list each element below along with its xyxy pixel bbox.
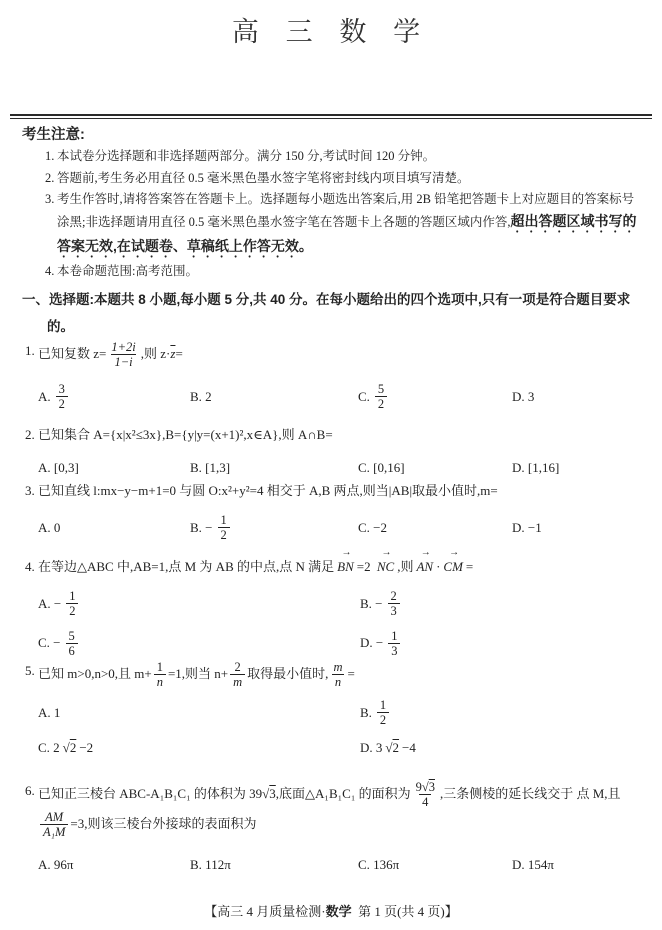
question-1: 1.已知复数 z=1+2i1−i,则 z·z= A.32 B. 2 C.52 D… bbox=[22, 340, 644, 412]
notice-item-number: 4. bbox=[45, 261, 54, 283]
notice-item-2: 2.答题前,考生务必用直径 0.5 毫米黑色墨水签字笔将密封线内项目填写清楚。 bbox=[22, 168, 642, 190]
question-3-stem: 3.已知直线 l:mx−y−m+1=0 与圆 O:x²+y²=4 相交于 A,B… bbox=[22, 480, 644, 503]
option-a: A. 0 bbox=[38, 516, 190, 540]
option-b: B.12 bbox=[360, 698, 644, 728]
fraction: 23 bbox=[388, 589, 400, 619]
stem-text: 取得最小值时, bbox=[247, 666, 328, 681]
notice-item-3: 3.考生作答时,请将答案答在答题卡上。选择题每小题选出答案后,用 2B 铅笔把答… bbox=[22, 189, 642, 261]
radical-icon: √ bbox=[385, 740, 392, 755]
footer-text: 【高三 4 月质量检测· bbox=[204, 904, 325, 919]
question-number: 4. bbox=[25, 556, 35, 579]
notice-item-number: 3. bbox=[45, 189, 54, 211]
option-b: B. 112π bbox=[190, 853, 358, 877]
question-2-stem: 2.已知集合 A={x|x²≤3x},B={y|y=(x+1)²,x∈A},则 … bbox=[22, 424, 644, 447]
stem-text: 已知复数 z= bbox=[38, 346, 106, 361]
question-5: 5.已知 m>0,n>0,且 m+1n=1,则当 n+2m取得最小值时,mn= … bbox=[22, 660, 644, 760]
question-number: 2. bbox=[25, 424, 35, 447]
option-a: A.32 bbox=[38, 382, 190, 412]
square-root: √2 bbox=[63, 740, 77, 756]
question-number: 3. bbox=[25, 480, 35, 503]
notice-item-number: 1. bbox=[45, 146, 54, 168]
notice-heading: 考生注意: bbox=[22, 124, 642, 146]
notice-item-1: 1.本试卷分选择题和非选择题两部分。满分 150 分,考试时间 120 分钟。 bbox=[22, 146, 642, 168]
header-divider bbox=[10, 114, 652, 119]
question-6: 6.已知正三棱台 ABC-A₁B₁C₁ 的体积为 39√3,底面△A₁B₁C₁ … bbox=[22, 780, 644, 878]
question-2-options: A. [0,3] B. [1,3] C. [0,16] D. [1,16] bbox=[38, 455, 644, 481]
numerator: 1+2i bbox=[108, 340, 138, 354]
stem-text: 在等边△ABC 中,AB=1,点 M 为 AB 的中点,点 N 满足 bbox=[38, 559, 334, 574]
vector-arrow-icon: → bbox=[416, 548, 435, 558]
vector-NC: →NC bbox=[377, 556, 394, 579]
notice-item-text: 答题前,考生务必用直径 0.5 毫米黑色墨水签字笔将密封线内项目填写清楚。 bbox=[57, 171, 470, 185]
stem-text: =3,则该三棱台外接球的表面积为 bbox=[70, 816, 256, 831]
stem-text: ,底面△A₁B₁C₁ 的面积为 bbox=[276, 786, 411, 801]
fraction: 12 bbox=[377, 698, 389, 728]
fraction: 13 bbox=[388, 629, 400, 659]
option-c: C. [0,16] bbox=[358, 456, 512, 480]
stem-text: ,则 z· bbox=[141, 346, 171, 361]
option-a: A. −12 bbox=[38, 589, 360, 619]
square-root: √3 bbox=[262, 786, 276, 801]
vector-AN: →AN bbox=[416, 556, 433, 579]
option-d: D. 3√2−4 bbox=[360, 736, 644, 760]
fraction: 12 bbox=[66, 589, 78, 619]
stem-text: 已知 m>0,n>0,且 m+ bbox=[38, 666, 152, 681]
stem-text: 已知集合 A={x|x²≤3x},B={y|y=(x+1)²,x∈A},则 A∩… bbox=[38, 427, 333, 442]
fraction: 52 bbox=[375, 382, 387, 412]
fraction: 2m bbox=[230, 660, 245, 690]
option-d: D. −1 bbox=[512, 516, 644, 540]
vector-arrow-icon: → bbox=[377, 548, 396, 558]
option-b: B. −12 bbox=[190, 513, 358, 543]
option-a: A. 1 bbox=[38, 701, 360, 725]
stem-text: = bbox=[466, 559, 473, 574]
stem-text: =2 bbox=[357, 559, 374, 574]
option-d: D. 154π bbox=[512, 853, 644, 877]
question-3-options: A. 0 B. −12 C. −2 D. −1 bbox=[38, 513, 644, 543]
option-d: D. [1,16] bbox=[512, 456, 644, 480]
fraction: 32 bbox=[56, 382, 68, 412]
fraction: AMA₁M bbox=[40, 810, 68, 840]
question-1-stem: 1.已知复数 z=1+2i1−i,则 z·z= bbox=[22, 340, 644, 370]
vector-arrow-icon: → bbox=[443, 548, 465, 558]
stem-text: 已知直线 l:mx−y−m+1=0 与圆 O:x²+y²=4 相交于 A,B 两… bbox=[38, 483, 498, 498]
option-a: A. 96π bbox=[38, 853, 190, 877]
question-3: 3.已知直线 l:mx−y−m+1=0 与圆 O:x²+y²=4 相交于 A,B… bbox=[22, 480, 644, 543]
section-heading: 一、选择题:本题共 8 小题,每小题 5 分,共 40 分。在每小题给出的四个选… bbox=[22, 286, 644, 340]
notice-section: 考生注意: 1.本试卷分选择题和非选择题两部分。满分 150 分,考试时间 12… bbox=[22, 124, 642, 282]
notice-item-number: 2. bbox=[45, 168, 54, 190]
fraction: 12 bbox=[218, 513, 230, 543]
fraction: mn bbox=[330, 660, 345, 690]
fraction: 56 bbox=[66, 629, 78, 659]
option-a: A. [0,3] bbox=[38, 456, 190, 480]
stem-text: · bbox=[436, 559, 440, 574]
question-4: 4.在等边△ABC 中,AB=1,点 M 为 AB 的中点,点 N 满足→BN=… bbox=[22, 548, 644, 658]
stem-text: ,三条侧棱的延长线交于 bbox=[440, 786, 573, 801]
option-c: C. 2√2−2 bbox=[38, 736, 360, 760]
vector-CM: →CM bbox=[443, 556, 463, 579]
vector-arrow-icon: → bbox=[337, 548, 356, 558]
fraction: 1n bbox=[154, 660, 166, 690]
option-b: B. 2 bbox=[190, 385, 358, 409]
question-4-stem: 4.在等边△ABC 中,AB=1,点 M 为 AB 的中点,点 N 满足→BN=… bbox=[22, 548, 644, 579]
radical-icon: √ bbox=[422, 780, 429, 794]
option-d: D. −13 bbox=[360, 629, 644, 659]
question-5-options: A. 1 B.12 C. 2√2−2 D. 3√2−4 bbox=[38, 698, 644, 760]
question-4-options: A. −12 B. −23 C. −56 D. −13 bbox=[38, 589, 644, 659]
notice-item-text: 本卷命题范围:高考范围。 bbox=[57, 264, 198, 278]
square-root: √2 bbox=[385, 740, 399, 756]
option-c: C. −2 bbox=[358, 516, 512, 540]
footer-page-number: 第 1 页(共 4 页)】 bbox=[352, 904, 458, 919]
question-5-stem: 5.已知 m>0,n>0,且 m+1n=1,则当 n+2m取得最小值时,mn= bbox=[22, 660, 644, 690]
option-c: C. 136π bbox=[358, 853, 512, 877]
fraction: 9√34 bbox=[413, 780, 438, 810]
denominator: 1−i bbox=[111, 354, 135, 369]
stem-text: =1,则当 n+ bbox=[168, 666, 228, 681]
stem-text: 点 M,且 bbox=[577, 786, 621, 801]
question-2: 2.已知集合 A={x|x²≤3x},B={y|y=(x+1)²,x∈A},则 … bbox=[22, 424, 644, 481]
option-b: B. [1,3] bbox=[190, 456, 358, 480]
option-d: D. 3 bbox=[512, 385, 644, 409]
question-number: 5. bbox=[25, 660, 35, 683]
stem-text: 已知正三棱台 ABC-A₁B₁C₁ 的体积为 39 bbox=[38, 786, 262, 801]
notice-item-text: 本试卷分选择题和非选择题两部分。满分 150 分,考试时间 120 分钟。 bbox=[57, 149, 435, 163]
stem-text: = bbox=[347, 666, 354, 681]
option-b: B. −23 bbox=[360, 589, 644, 619]
footer-subject: 数学 bbox=[326, 904, 352, 919]
question-6-stem: 6.已知正三棱台 ABC-A₁B₁C₁ 的体积为 39√3,底面△A₁B₁C₁ … bbox=[22, 780, 644, 840]
question-1-options: A.32 B. 2 C.52 D. 3 bbox=[38, 382, 644, 412]
stem-text: = bbox=[175, 346, 182, 361]
square-root: √3 bbox=[422, 780, 435, 794]
page-footer: 【高三 4 月质量检测·数学 第 1 页(共 4 页)】 bbox=[0, 901, 662, 920]
notice-item-4: 4.本卷命题范围:高考范围。 bbox=[22, 261, 642, 283]
fraction: 1+2i1−i bbox=[108, 340, 138, 370]
question-6-options: A. 96π B. 112π C. 136π D. 154π bbox=[38, 852, 644, 878]
question-number: 6. bbox=[25, 780, 35, 803]
page-title: 高 三 数 学 bbox=[0, 10, 662, 49]
question-number: 1. bbox=[25, 340, 35, 363]
stem-text: ,则 bbox=[397, 559, 413, 574]
option-c: C. −56 bbox=[38, 629, 360, 659]
option-c: C.52 bbox=[358, 382, 512, 412]
vector-BN: →BN bbox=[337, 556, 354, 579]
radical-icon: √ bbox=[63, 740, 70, 755]
